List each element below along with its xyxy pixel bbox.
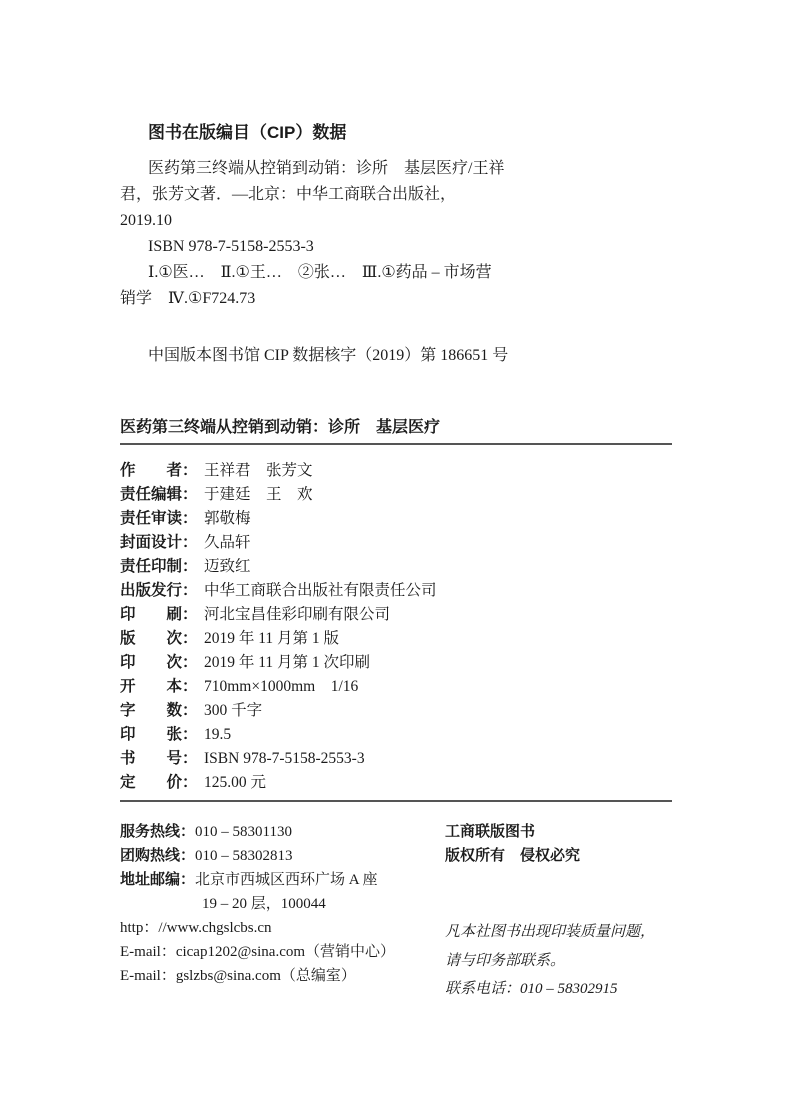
cip-data-block: 图书在版编目（CIP）数据 医药第三终端从控销到动销：诊所 基层医疗/王祥 君，… xyxy=(120,118,672,365)
quality-notice-line: 请与印务部联系。 xyxy=(445,947,680,976)
detail-label: 出版发行： xyxy=(120,579,204,603)
detail-label: 印 刷： xyxy=(120,603,204,627)
detail-row-author: 作 者：王祥君 张芳文 xyxy=(120,459,672,483)
cip-line-classification: Ⅰ.①医… Ⅱ.①王… ②张… Ⅲ.①药品 – 市场营 xyxy=(120,260,672,286)
detail-value: 王祥君 张芳文 xyxy=(204,462,313,479)
cip-record-number: 中国版本图书馆 CIP 数据核字（2019）第 186651 号 xyxy=(120,342,672,365)
detail-row-reviewer: 责任审读：郭敬梅 xyxy=(120,507,672,531)
detail-label: 责任审读： xyxy=(120,507,204,531)
detail-value: ISBN 978-7-5158-2553-3 xyxy=(204,750,365,767)
publication-details: 作 者：王祥君 张芳文 责任编辑：于建廷 王 欢 责任审读：郭敬梅 封面设计：久… xyxy=(120,459,672,795)
service-hotline-label: 服务热线： xyxy=(120,823,195,840)
quality-notice-line: 凡本社图书出现印装质量问题， xyxy=(445,918,680,947)
detail-row-isbn: 书 号：ISBN 978-7-5158-2553-3 xyxy=(120,747,672,771)
service-hotline: 服务热线：010 – 58301130 xyxy=(120,820,450,844)
detail-row-sheets: 印 张：19.5 xyxy=(120,723,672,747)
detail-label: 开 本： xyxy=(120,675,204,699)
detail-label: 作 者： xyxy=(120,459,204,483)
detail-value: 久品轩 xyxy=(204,534,251,551)
detail-label: 责任印制： xyxy=(120,555,204,579)
divider-top xyxy=(120,443,672,445)
address-label: 地址邮编： xyxy=(120,871,195,888)
detail-value: 2019 年 11 月第 1 次印刷 xyxy=(204,654,370,671)
address-value: 北京市西城区西环广场 A 座 xyxy=(195,872,378,888)
detail-row-print-supervisor: 责任印制：迈致红 xyxy=(120,555,672,579)
detail-label: 字 数： xyxy=(120,699,204,723)
detail-label: 书 号： xyxy=(120,747,204,771)
group-purchase-hotline: 团购热线：010 – 58302813 xyxy=(120,844,450,868)
detail-value: 迈致红 xyxy=(204,558,251,575)
detail-value: 125.00 元 xyxy=(204,774,266,791)
copyright-statement: 版权所有 侵权必究 xyxy=(445,844,680,868)
cip-heading: 图书在版编目（CIP）数据 xyxy=(148,118,672,143)
book-copyright-page: 图书在版编目（CIP）数据 医药第三终端从控销到动销：诊所 基层医疗/王祥 君，… xyxy=(0,0,790,1104)
detail-label: 封面设计： xyxy=(120,531,204,555)
cip-line-date: 2019.10 xyxy=(120,208,672,234)
email-editorial-value: gslzbs@sina.com（总编室） xyxy=(176,968,356,984)
email-editorial: E-mail：gslzbs@sina.com（总编室） xyxy=(120,964,450,988)
cip-line-title: 医药第三终端从控销到动销：诊所 基层医疗/王祥 xyxy=(120,156,672,182)
address: 地址邮编：北京市西城区西环广场 A 座 xyxy=(120,868,450,892)
cip-line-isbn: ISBN 978-7-5158-2553-3 xyxy=(120,234,672,260)
detail-value: 河北宝昌佳彩印刷有限公司 xyxy=(204,606,390,623)
detail-row-word-count: 字 数：300 千字 xyxy=(120,699,672,723)
email-editorial-label: E-mail： xyxy=(120,968,176,984)
book-title: 医药第三终端从控销到动销：诊所 基层医疗 xyxy=(120,414,440,437)
group-hotline-label: 团购热线： xyxy=(120,847,195,864)
cip-line-publisher: 君，张芳文著．—北京：中华工商联合出版社， xyxy=(120,182,672,208)
detail-label: 定 价： xyxy=(120,771,204,795)
imprint: 工商联版图书 xyxy=(445,820,680,844)
email-marketing-value: cicap1202@sina.com（营销中心） xyxy=(176,944,395,960)
detail-row-impression: 印 次：2019 年 11 月第 1 次印刷 xyxy=(120,651,672,675)
detail-label: 责任编辑： xyxy=(120,483,204,507)
detail-row-publisher: 出版发行：中华工商联合出版社有限责任公司 xyxy=(120,579,672,603)
website-value: //www.chgslcbs.cn xyxy=(158,920,271,936)
detail-row-format: 开 本：710mm×1000mm 1/16 xyxy=(120,675,672,699)
copyright-info: 工商联版图书 版权所有 侵权必究 凡本社图书出现印装质量问题， 请与印务部联系。… xyxy=(445,820,680,1004)
website-label: http： xyxy=(120,920,158,936)
detail-value: 19.5 xyxy=(204,726,231,743)
detail-value: 中华工商联合出版社有限责任公司 xyxy=(204,582,437,599)
email-marketing-label: E-mail： xyxy=(120,944,176,960)
detail-label: 印 张： xyxy=(120,723,204,747)
address-line2: 19 – 20 层，100044 xyxy=(120,892,450,916)
detail-value: 710mm×1000mm 1/16 xyxy=(204,678,358,695)
website: http：//www.chgslcbs.cn xyxy=(120,916,450,940)
quality-notice: 凡本社图书出现印装质量问题， 请与印务部联系。 联系电话：010 – 58302… xyxy=(445,918,680,1004)
group-hotline-value: 010 – 58302813 xyxy=(195,848,293,864)
service-hotline-value: 010 – 58301130 xyxy=(195,824,292,840)
contact-info: 服务热线：010 – 58301130 团购热线：010 – 58302813 … xyxy=(120,820,450,988)
cip-line-classification-wrap: 销学 Ⅳ.①F724.73 xyxy=(120,286,672,312)
detail-value: 于建廷 王 欢 xyxy=(204,486,313,503)
detail-row-price: 定 价：125.00 元 xyxy=(120,771,672,795)
detail-row-editor: 责任编辑：于建廷 王 欢 xyxy=(120,483,672,507)
detail-value: 2019 年 11 月第 1 版 xyxy=(204,630,339,647)
email-marketing: E-mail：cicap1202@sina.com（营销中心） xyxy=(120,940,450,964)
divider-bottom xyxy=(120,800,672,802)
detail-row-printer: 印 刷：河北宝昌佳彩印刷有限公司 xyxy=(120,603,672,627)
detail-label: 印 次： xyxy=(120,651,204,675)
detail-label: 版 次： xyxy=(120,627,204,651)
detail-row-edition: 版 次：2019 年 11 月第 1 版 xyxy=(120,627,672,651)
detail-value: 300 千字 xyxy=(204,702,262,719)
quality-notice-phone: 联系电话：010 – 58302915 xyxy=(445,975,680,1004)
detail-row-cover-design: 封面设计：久品轩 xyxy=(120,531,672,555)
detail-value: 郭敬梅 xyxy=(204,510,251,527)
